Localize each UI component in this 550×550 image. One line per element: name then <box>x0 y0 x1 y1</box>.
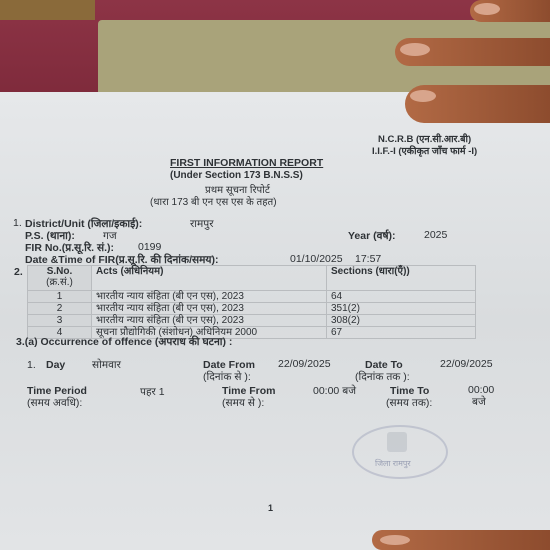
seal-text: जिला रामपुर <box>375 458 411 469</box>
date-from-label-hindi: (दिनांक से ): <box>203 370 251 384</box>
table-row: 2 भारतीय न्याय संहिता (बी एन एस), 2023 3… <box>28 303 476 315</box>
year-label: Year (वर्ष): <box>348 229 396 243</box>
day-value: सोमवार <box>92 358 121 372</box>
occurrence-item-number: 1. <box>27 359 36 371</box>
row-section: 351(2) <box>327 303 476 315</box>
time-to-label-hindi: (समय तक): <box>386 396 432 410</box>
date-from-value: 22/09/2025 <box>278 358 331 370</box>
time-to-suffix: बजे <box>472 395 486 409</box>
page-title: FIRST INFORMATION REPORT <box>170 157 323 169</box>
table-header-row: S.No.(क्र.सं.) Acts (अधिनियम) Sections (… <box>28 266 476 291</box>
time-from-value: 00:00 बजे <box>313 384 356 398</box>
column-header-sno: S.No.(क्र.सं.) <box>28 266 92 291</box>
date-to-value: 22/09/2025 <box>440 358 493 370</box>
finger-nail <box>400 43 430 56</box>
row-act: भारतीय न्याय संहिता (बी एन एस), 2023 <box>92 291 327 303</box>
row-sno: 1 <box>28 291 92 303</box>
section1-number: 1. <box>13 217 22 229</box>
column-header-sections: Sections (धारा(एँ)) <box>327 266 476 291</box>
year-value: 2025 <box>424 229 447 241</box>
emblem-icon <box>387 432 407 452</box>
table-row: 3 भारतीय न्याय संहिता (बी एन एस), 2023 3… <box>28 315 476 327</box>
district-value: रामपुर <box>190 217 214 231</box>
row-act: भारतीय न्याय संहिता (बी एन एस), 2023 <box>92 303 327 315</box>
time-period-value: पहर 1 <box>140 385 165 399</box>
acts-table: S.No.(क्र.सं.) Acts (अधिनियम) Sections (… <box>27 265 476 339</box>
occurrence-heading: 3.(a) Occurrence of offence (अपराध की घट… <box>16 335 232 349</box>
row-sno: 3 <box>28 315 92 327</box>
background-pattern <box>0 0 95 20</box>
fir-time-value: 17:57 <box>355 253 381 265</box>
time-from-label-hindi: (समय से ): <box>222 396 264 410</box>
table-row: 1 भारतीय न्याय संहिता (बी एन एस), 2023 6… <box>28 291 476 303</box>
section2-number: 2. <box>14 266 23 278</box>
day-label: Day <box>46 359 65 371</box>
finger-nail <box>474 3 500 15</box>
row-act: भारतीय न्याय संहिता (बी एन एस), 2023 <box>92 315 327 327</box>
row-sno: 2 <box>28 303 92 315</box>
finger-nail <box>380 535 410 545</box>
fir-date-value: 01/10/2025 <box>290 253 343 265</box>
finger-nail <box>410 90 436 102</box>
row-section: 67 <box>327 327 476 339</box>
row-section: 64 <box>327 291 476 303</box>
page-number: 1 <box>268 503 273 513</box>
page-subtitle-hindi: (धारा 173 बी एन एस एस के तहत) <box>150 194 277 208</box>
page-subtitle: (Under Section 173 B.N.S.S) <box>170 170 303 181</box>
time-period-label-hindi: (समय अवधि): <box>27 396 82 410</box>
column-header-acts: Acts (अधिनियम) <box>92 266 327 291</box>
iif-label: I.I.F.-I (एकीकृत जाँच फार्म -I) <box>372 144 477 157</box>
row-section: 308(2) <box>327 315 476 327</box>
fir-number-value: 0199 <box>138 241 161 253</box>
date-to-label-hindi: (दिनांक तक ): <box>355 370 410 384</box>
